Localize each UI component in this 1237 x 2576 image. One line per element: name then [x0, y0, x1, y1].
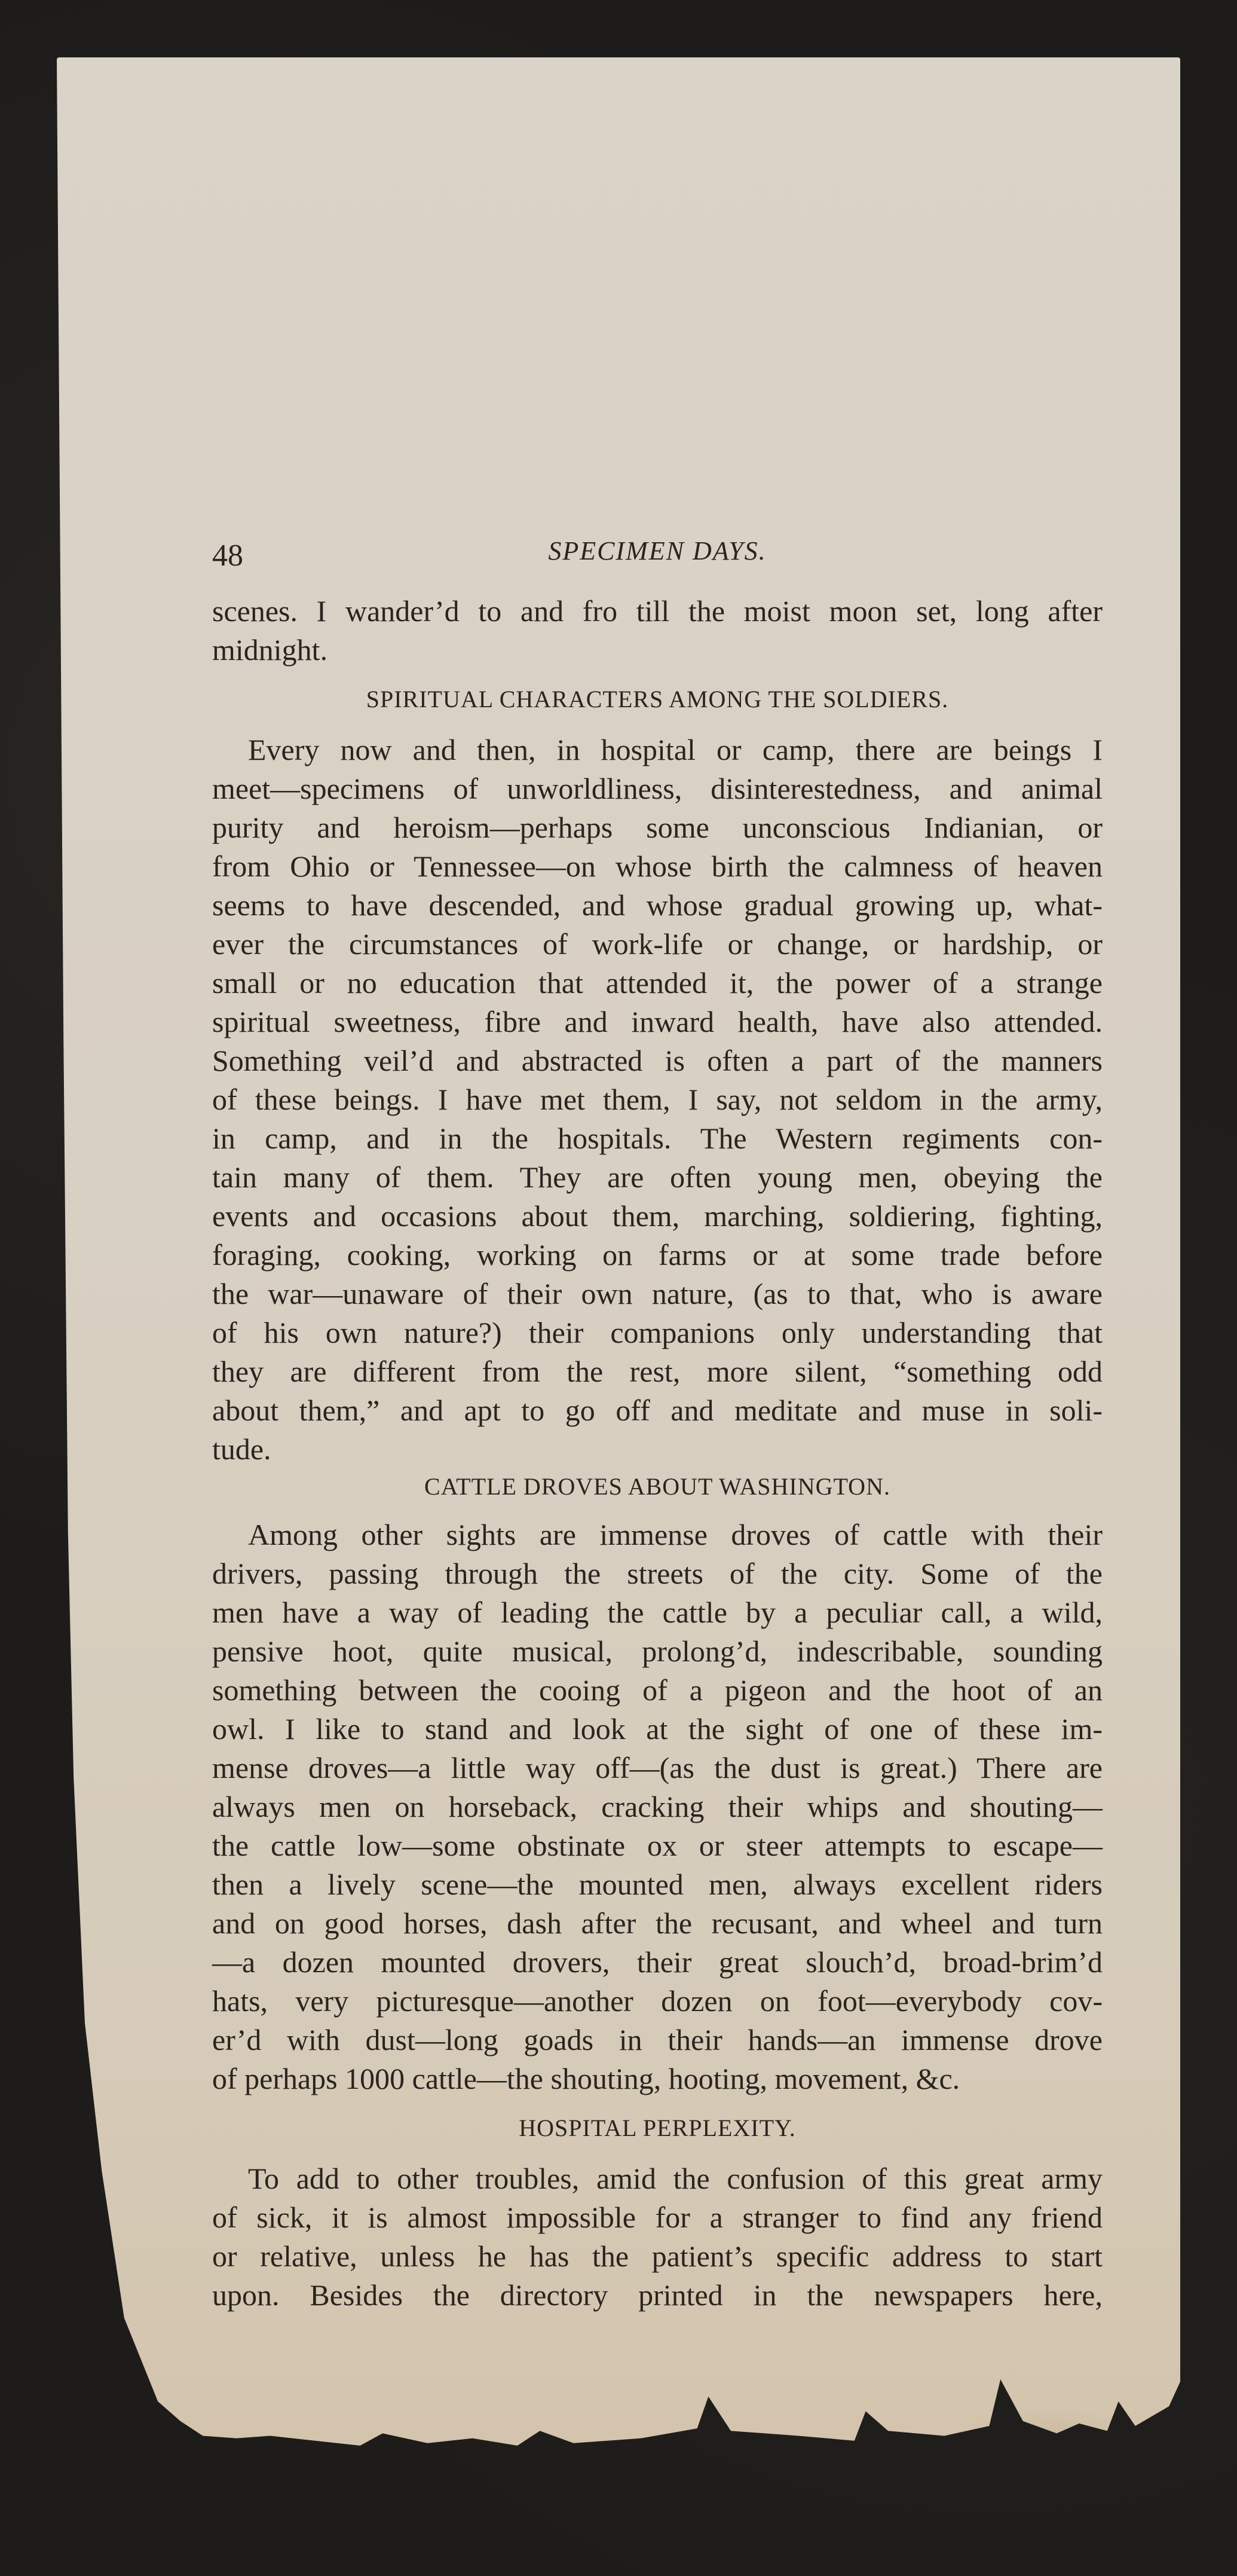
text-line: the cattle low—some obstinate ox or stee… — [212, 1826, 1103, 1865]
text-line: purity and heroism—perhaps some unconsci… — [212, 808, 1103, 847]
text-line: they are different from the rest, more s… — [212, 1352, 1103, 1391]
text-line: events and occasions about them, marchin… — [212, 1197, 1103, 1236]
text-line: of his own nature?) their companions onl… — [212, 1313, 1103, 1352]
text-line: Every now and then, in hospital or camp,… — [212, 731, 1103, 769]
section-heading: HOSPITAL PERPLEXITY. — [212, 2110, 1103, 2146]
text-line: something between the cooing of a pigeon… — [212, 1671, 1103, 1710]
text-line: foraging, cooking, working on farms or a… — [212, 1236, 1103, 1275]
text-line: always men on horseback, cracking their … — [212, 1787, 1103, 1826]
running-head: 48 SPECIMEN DAYS. — [212, 526, 1103, 592]
text-line: owl. I like to stand and look at the sig… — [212, 1710, 1103, 1749]
text-line: mense droves—a little way off—(as the du… — [212, 1749, 1103, 1787]
running-title: SPECIMEN DAYS. — [212, 536, 1103, 566]
text-line: and on good horses, dash after the recus… — [212, 1904, 1103, 1943]
section-hospital-perplexity: HOSPITAL PERPLEXITY. To add to other tro… — [212, 2110, 1103, 2315]
text-line: or relative, unless he has the patient’s… — [212, 2237, 1103, 2276]
section-heading: CATTLE DROVES ABOUT WASHINGTON. — [212, 1469, 1103, 1505]
text-line: about them,” and apt to go off and medit… — [212, 1391, 1103, 1430]
text-line: hats, very picturesque—another dozen on … — [212, 1982, 1103, 2021]
text-line: in camp, and in the hospitals. The Weste… — [212, 1119, 1103, 1158]
section-continuation: scenes. I wander’d to and fro till the m… — [212, 592, 1103, 670]
text-line: of sick, it is almost impossible for a s… — [212, 2198, 1103, 2237]
text-line: small or no education that attended it, … — [212, 964, 1103, 1003]
text-line: Something veil’d and abstracted is often… — [212, 1041, 1103, 1080]
text-line: pensive hoot, quite musical, prolong’d, … — [212, 1632, 1103, 1671]
text-line: drivers, passing through the streets of … — [212, 1554, 1103, 1593]
text-line: of perhaps 1000 cattle—the shouting, hoo… — [212, 2059, 1103, 2098]
page-text: 48 SPECIMEN DAYS. scenes. I wander’d to … — [212, 526, 1103, 2315]
text-line: tain many of them. They are often young … — [212, 1158, 1103, 1197]
section-cattle-droves: CATTLE DROVES ABOUT WASHINGTON. Among ot… — [212, 1469, 1103, 2098]
section-spiritual-characters: SPIRITUAL CHARACTERS AMONG THE SOLDIERS.… — [212, 682, 1103, 1469]
text-line: then a lively scene—the mounted men, alw… — [212, 1865, 1103, 1904]
text-line: from Ohio or Tennessee—on whose birth th… — [212, 847, 1103, 886]
text-line: midnight. — [212, 631, 1103, 670]
text-line: scenes. I wander’d to and fro till the m… — [212, 592, 1103, 631]
text-line: men have a way of leading the cattle by … — [212, 1593, 1103, 1632]
text-line: of these beings. I have met them, I say,… — [212, 1080, 1103, 1119]
text-line: Among other sights are immense droves of… — [212, 1515, 1103, 1554]
text-line: ever the circumstances of work-life or c… — [212, 925, 1103, 964]
section-heading: SPIRITUAL CHARACTERS AMONG THE SOLDIERS. — [212, 682, 1103, 717]
text-line: seems to have descended, and whose gradu… — [212, 886, 1103, 925]
text-line: tude. — [212, 1430, 1103, 1469]
text-line: upon. Besides the directory printed in t… — [212, 2276, 1103, 2315]
text-line: spiritual sweetness, fibre and inward he… — [212, 1003, 1103, 1041]
text-line: the war—unaware of their own nature, (as… — [212, 1275, 1103, 1313]
text-line: meet—specimens of unworldliness, disinte… — [212, 769, 1103, 808]
text-line: To add to other troubles, amid the confu… — [212, 2159, 1103, 2198]
text-line: er’d with dust—long goads in their hands… — [212, 2021, 1103, 2059]
text-line: —a dozen mounted drovers, their great sl… — [212, 1943, 1103, 1982]
